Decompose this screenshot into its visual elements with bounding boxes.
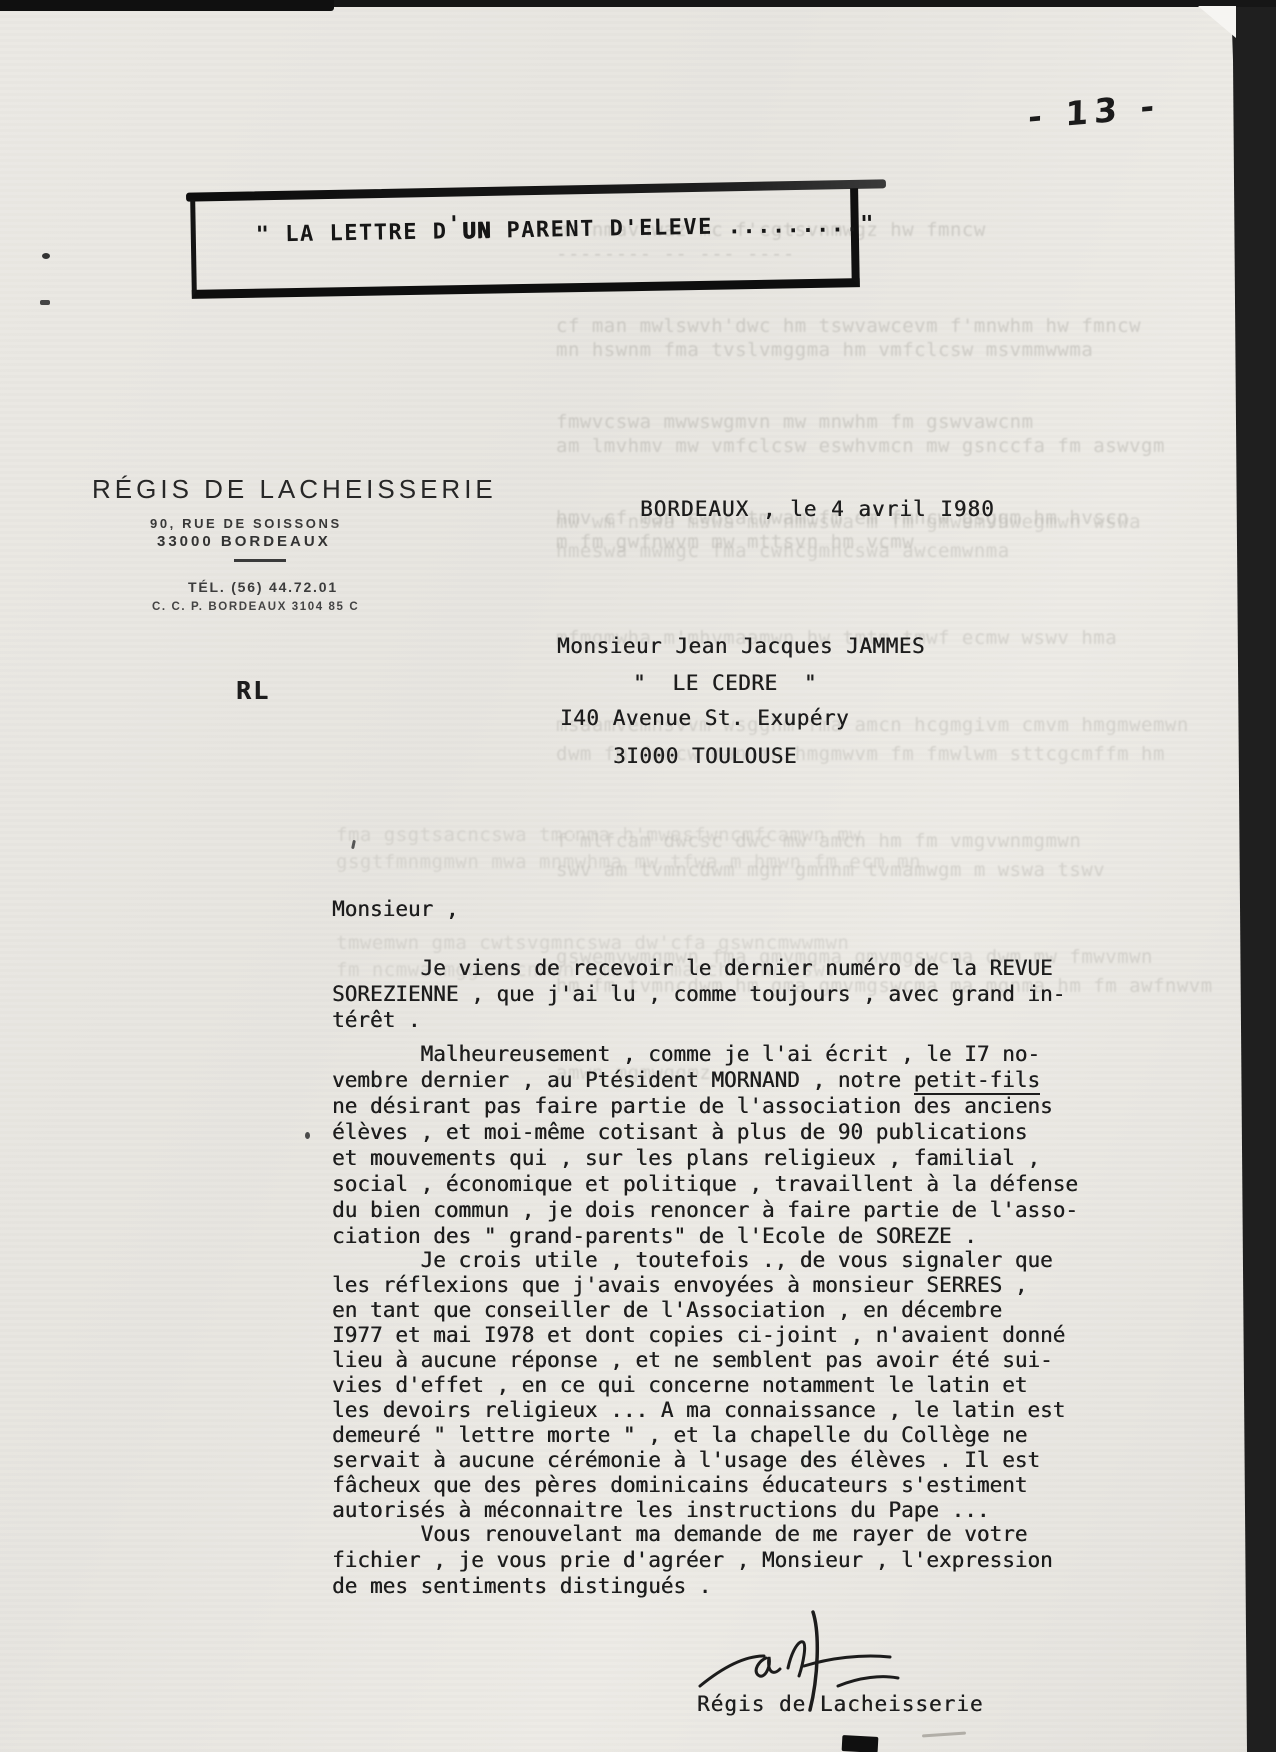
body-line: térêt . [332,1007,1065,1033]
letterhead-ccp: C. C. P. BORDEAUX 3104 85 C [152,601,359,613]
ink-speck [305,1132,310,1139]
body-line: de mes sentiments distingués . [332,1573,1053,1599]
body-line: Malheureusement , comme je l'ai écrit , … [332,1041,1078,1067]
overstruck-word: UN [462,219,492,245]
recipient-city: 3I000 TOULOUSE [613,744,797,768]
body-line: fâcheux que des pères dominicains éducat… [332,1473,1065,1498]
date-line: BORDEAUX , le 4 avril I980 [640,497,995,521]
ink-speck [40,300,50,305]
paragraph-1: Je viens de recevoir le dernier numéro d… [332,955,1065,1033]
body-line: demeuré " lettre morte " , et la chapell… [332,1423,1065,1448]
letterhead-phone: TÉL. (56) 44.72.01 [188,579,338,595]
letterhead-address-line-1: 90, RUE DE SOISSONS [150,516,342,531]
handwritten-signature [692,1606,922,1718]
body-line: ciation des " grand-parents" de l'Ecole … [332,1223,1078,1249]
body-line: autorisés à méconnaitre les instructions… [332,1498,1065,1523]
body-line: I977 et mai I978 et dont copies ci-joint… [332,1323,1065,1348]
recipient-name: Monsieur Jean Jacques JAMMES [557,634,925,658]
body-line: ne désirant pas faire partie de l'associ… [332,1093,1078,1119]
typed-initials: RL [236,676,270,705]
title-text: " LA LETTRE D'UN PARENT D'ELEVE ........… [256,212,876,248]
recipient-street: I40 Avenue St. Exupéry [560,706,849,730]
body-line: vies d'effet , en ce qui concerne notamm… [332,1373,1065,1398]
title-box: " LA LETTRE D'UN PARENT D'ELEVE ........… [190,188,860,299]
body-line: les devoirs religieux ... A ma connaissa… [332,1398,1065,1423]
paragraph-2: Malheureusement , comme je l'ai écrit , … [332,1041,1078,1249]
body-line: vembre dernier , au Ptésident MORNAND , … [332,1067,1078,1093]
body-line: fichier , je vous prie d'agréer , Monsie… [332,1547,1053,1573]
bottom-ink-blob [842,1735,879,1752]
paragraph-3: Je crois utile , toutefois ., de vous si… [332,1248,1065,1523]
paragraph-4: Vous renouvelant ma demande de me rayer … [332,1521,1053,1599]
body-line: en tant que conseiller de l'Association … [332,1298,1065,1323]
body-line: Vous renouvelant ma demande de me rayer … [332,1521,1053,1547]
raised-apostrophe: ' [447,212,462,237]
letterhead-divider [234,559,286,562]
body-line: Je crois utile , toutefois ., de vous si… [332,1248,1065,1273]
body-line: social , économique et politique , trava… [332,1171,1078,1197]
body-line: élèves , et moi-même cotisant à plus de … [332,1119,1078,1145]
body-line: du bien commun , je dois renoncer à fair… [332,1197,1078,1223]
body-line: Je viens de recevoir le dernier numéro d… [332,955,1065,981]
body-line: les réflexions que j'avais envoyées à mo… [332,1273,1065,1298]
scanned-letter-page: { "page": { "handwritten_number": "- 13 … [0,0,1276,1752]
body-line: et mouvements qui , sur les plans religi… [332,1145,1078,1171]
scanner-edge-top-left [0,0,334,11]
letterhead-name: RÉGIS DE LACHEISSERIE [92,474,497,505]
underlined-phrase: petit-fils [914,1068,1040,1095]
body-line: SOREZIENNE , que j'ai lu , comme toujour… [332,981,1065,1007]
body-line: servait à aucune cérémonie à l'usage des… [332,1448,1065,1473]
recipient-residence: " LE CEDRE " [633,671,817,695]
body-line: lieu à aucune réponse , et ne semblent p… [332,1348,1065,1373]
ink-speck [42,253,50,259]
salutation: Monsieur , [332,897,458,921]
letterhead-address-line-2: 33000 BORDEAUX [157,533,331,550]
